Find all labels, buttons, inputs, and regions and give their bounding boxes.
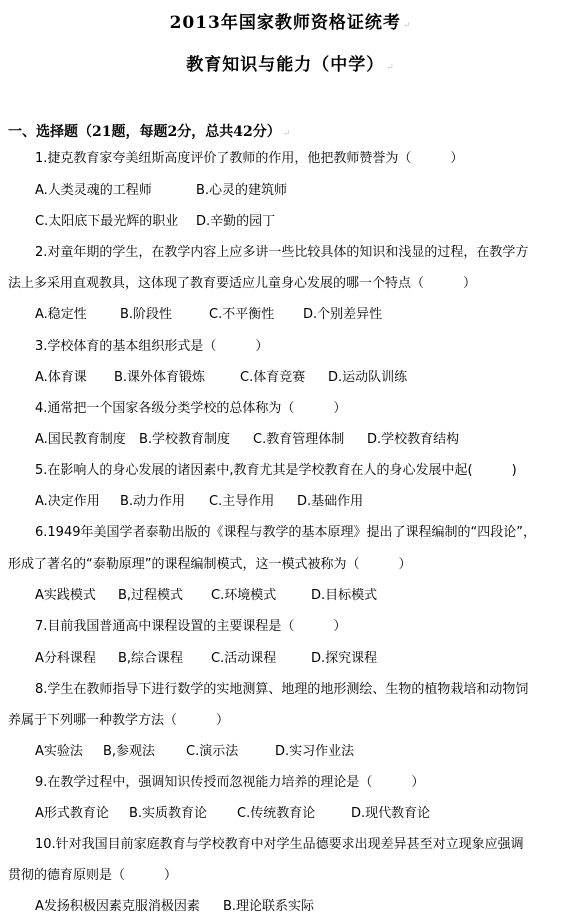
question-5: 5.在影响人的身心发展的诸因素中,教育尤其是学校教育在人的身心发展中起( ) <box>35 462 517 480</box>
section-heading: 一、选择题（21题，每题2分，总共42分）↵ <box>8 121 290 141</box>
q4-option-c: C.教育管理体制 <box>253 431 344 449</box>
q3-option-c: C.体育竞赛 <box>240 369 305 387</box>
q8-option-c: C.演示法 <box>186 743 238 761</box>
q6-option-c: C.环境模式 <box>211 587 276 605</box>
q2-option-a: A.稳定性 <box>35 306 87 324</box>
q3-option-d: D.运动队训练 <box>328 369 407 387</box>
question-6-line-1: 6.1949年美国学者泰勒出版的《课程与教学的基本原理》提出了课程编制的“四段论… <box>35 524 536 542</box>
q1-option-d: D.辛勤的园丁 <box>196 213 275 231</box>
q2-option-b: B.阶段性 <box>120 306 172 324</box>
document-subtitle: 教育知识与能力（中学）↵ <box>0 50 581 75</box>
q5-option-c: C.主导作用 <box>209 493 274 511</box>
q1-option-c: C.太阳底下最光辉的职业 <box>35 213 178 231</box>
q6-option-d: D.目标模式 <box>311 587 377 605</box>
question-3: 3.学校体育的基本组织形式是（ ） <box>35 338 268 356</box>
q2-option-c: C.不平衡性 <box>209 306 274 324</box>
question-1: 1.捷克教育家夸美纽斯高度评价了教师的作用，他把教师赞誉为（ ） <box>35 150 463 168</box>
q4-option-b: B.学校教育制度 <box>139 431 230 449</box>
question-6-line-2: 形成了著名的“泰勒原理”的课程编制模式，这一模式被称为（ ） <box>8 556 411 574</box>
q9-option-a: A形式教育论 <box>35 805 109 823</box>
q10-option-a: A发扬积极因素克服消极因素 <box>35 898 200 916</box>
q1-option-b: B.心灵的建筑师 <box>196 182 287 200</box>
q5-option-b: B.动力作用 <box>120 493 185 511</box>
q7-option-d: D.探究课程 <box>311 650 377 668</box>
q5-option-a: A.决定作用 <box>35 493 100 511</box>
q3-option-b: B.课外体育锻炼 <box>114 369 205 387</box>
q8-option-b: B,参观法 <box>103 743 155 761</box>
q9-option-d: D.现代教育论 <box>351 805 430 823</box>
q3-option-a: A.体育课 <box>35 369 87 387</box>
q8-option-d: D.实习作业法 <box>275 743 354 761</box>
q9-option-b: B.实质教育论 <box>129 805 207 823</box>
q4-option-a: A.国民教育制度 <box>35 431 126 449</box>
question-4: 4.通常把一个国家各级分类学校的总体称为（ ） <box>35 400 346 418</box>
q7-option-b: B,综合课程 <box>118 650 183 668</box>
q1-option-a: A.人类灵魂的工程师 <box>35 182 152 200</box>
q2-option-d: D.个别差异性 <box>303 306 382 324</box>
question-2-line-2: 法上多采用直观教具，这体现了教育要适应儿童身心发展的哪一个特点（ ） <box>8 275 476 293</box>
q10-option-b: B.理论联系实际 <box>223 898 314 916</box>
question-9: 9.在教学过程中，强调知识传授而忽视能力培养的理论是（ ） <box>35 774 424 792</box>
q5-option-d: D.基础作用 <box>297 493 363 511</box>
document-title: 2013年国家教师资格证统考↵ <box>0 8 581 33</box>
question-8-line-2: 养属于下列哪一种教学方法（ ） <box>8 712 229 730</box>
question-7: 7.目前我国普通高中课程设置的主要课程是（ ） <box>35 618 346 636</box>
question-8-line-1: 8.学生在教师指导下进行数学的实地测算、地理的地形测绘、生物的植物栽培和动物饲 <box>35 681 528 699</box>
question-10-line-2: 贯彻的德育原则是（ ） <box>8 867 177 885</box>
question-10-line-1: 10.针对我国目前家庭教育与学校教育中对学生品德要求出现差异甚至对立现象应强调 <box>35 836 524 854</box>
q6-option-b: B,过程模式 <box>118 587 183 605</box>
question-2-line-1: 2.对童年期的学生，在教学内容上应多讲一些比较具体的知识和浅显的过程，在教学方 <box>35 244 528 262</box>
q7-option-c: C.活动课程 <box>211 650 276 668</box>
q8-option-a: A实验法 <box>35 743 83 761</box>
q4-option-d: D.学校教育结构 <box>367 431 459 449</box>
q9-option-c: C.传统教育论 <box>237 805 315 823</box>
q7-option-a: A分科课程 <box>35 650 96 668</box>
q6-option-a: A实践模式 <box>35 587 96 605</box>
